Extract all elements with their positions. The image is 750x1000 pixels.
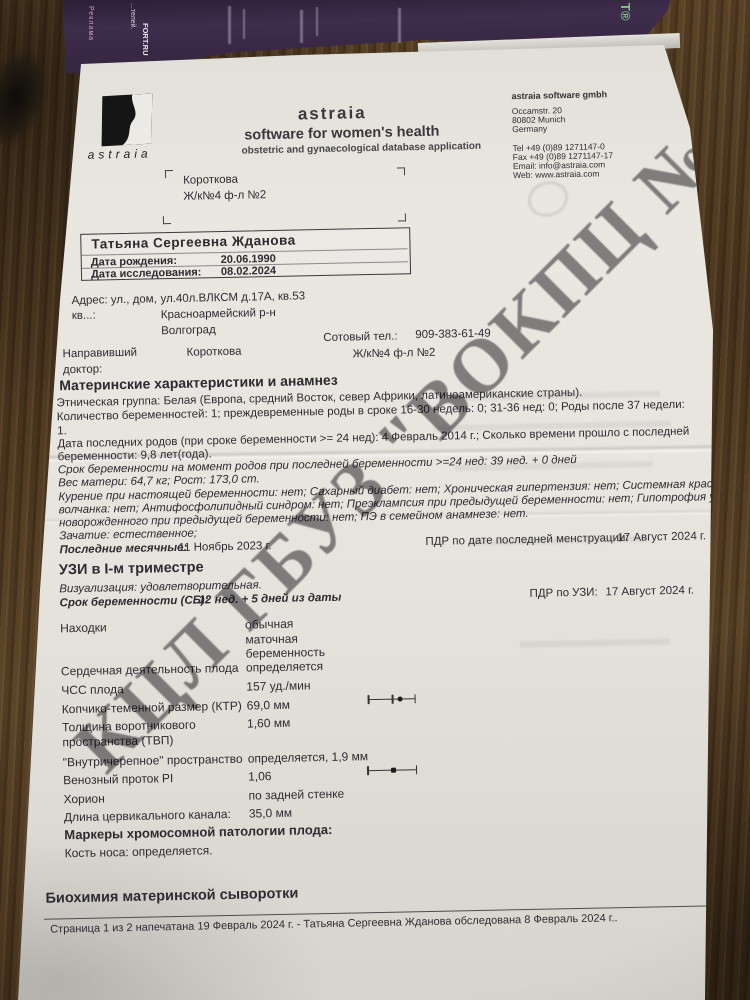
ultrasound-title: УЗИ в I-м триместре <box>59 559 204 580</box>
finding-value: определяется, 1,9 мм <box>248 749 369 766</box>
company-address-line: Germany <box>512 123 547 134</box>
photo-of-document: Реклама ...телей. FORT.RU Т® astraia ast… <box>0 0 750 1000</box>
finding-label: Находки <box>60 620 107 636</box>
ktr-range-chart <box>367 693 415 705</box>
address-label: Адрес: ул., дом, <box>71 292 157 308</box>
report-title: astraia <box>298 103 367 125</box>
finding-value: 157 уд./мин <box>246 678 310 694</box>
brochure-logo-t: Т® <box>618 3 633 21</box>
lmp-label: Последние месячные: <box>59 541 187 558</box>
referrer-name: Короткова <box>186 345 241 360</box>
referrer-label-2: доктор: <box>63 362 103 377</box>
finding-value: 69,0 мм <box>247 698 290 713</box>
finding-label: Длина цервикального канала: <box>64 807 231 825</box>
finding-value: 1,60 мм <box>247 716 290 731</box>
edd-us-value: 17 Август 2024 г. <box>605 584 694 600</box>
window-corner-mark <box>398 213 406 221</box>
finding-value: 1,06 <box>248 769 272 784</box>
company-contact-line: Web: www.astraia.com <box>513 168 599 180</box>
document-sheet: astraia astraia software for women's hea… <box>0 0 750 1000</box>
markers-title: Маркеры хромосомной патологии плода: <box>64 822 332 843</box>
brochure-text-blur <box>243 9 245 39</box>
exam-date-label: Дата исследования: <box>91 266 202 282</box>
address-street: ул.40л.ВЛКСМ д.17А, кв.53 <box>160 289 305 306</box>
finding-value: по задней стенке <box>248 787 344 804</box>
finding-label: Хорион <box>63 791 105 806</box>
edd-lmp-value: 17 Август 2024 г. <box>617 529 706 545</box>
window-corner-mark <box>163 216 171 224</box>
brochure-text-blur <box>398 8 401 43</box>
astraia-logo-word: astraia <box>87 146 151 161</box>
address-district: Красноармейский р-н <box>161 306 276 322</box>
brochure-text-fort-ru: FORT.RU <box>141 23 150 56</box>
brochure-text-blur <box>300 10 303 43</box>
finding-value: 35,0 мм <box>249 806 292 821</box>
astraia-logo-silhouette <box>102 93 153 146</box>
brochure-text-blur <box>316 7 318 36</box>
astraia-logo <box>102 93 153 146</box>
brochure-text-fragment: ...телей. <box>129 3 136 29</box>
company-name: astraia software gmbh <box>511 89 607 102</box>
phone-label: Сотовый тел.: <box>323 330 398 346</box>
address-city: Волгоград <box>161 323 216 338</box>
addressee-clinic: Ж/к№4 ф-л №2 <box>183 188 266 204</box>
edd-lmp-label: ПДР по дате последней менструации: <box>425 531 628 549</box>
window-corner-mark <box>165 170 173 178</box>
window-corner-mark <box>397 167 405 175</box>
brochure-text-blur <box>228 6 231 44</box>
pi-range-chart <box>367 764 417 776</box>
referrer-clinic: Ж/к№4 ф-л №2 <box>353 346 436 362</box>
markers-line: Кость носа: определяется. <box>64 843 212 861</box>
referrer-label: Направивший <box>62 346 137 362</box>
biochem-title: Биохимия материнской сыворотки <box>45 886 298 909</box>
edd-us-label: ПДР по УЗИ: <box>529 586 597 601</box>
exam-date-value: 08.02.2024 <box>221 265 276 280</box>
brochure-text-reklama: Реклама <box>87 6 94 41</box>
addressee-name: Короткова <box>183 173 238 188</box>
finding-value: определяется <box>246 659 323 675</box>
address-label-2: кв...: <box>72 309 96 323</box>
